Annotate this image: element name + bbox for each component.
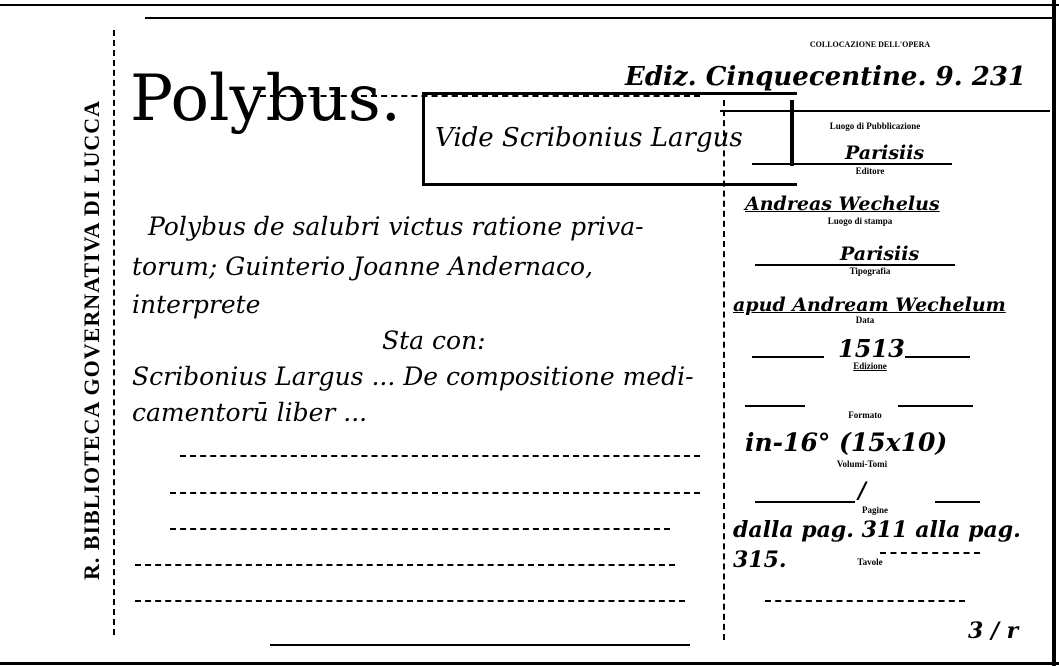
- rule-volumi-tomi-right: [935, 501, 980, 503]
- title-line-3: interprete: [132, 290, 260, 319]
- rule-edizione-right: [898, 405, 973, 407]
- shelfmark: Ediz. Cinquecentine. 9. 231: [625, 62, 1026, 92]
- label-edizione: Edizione: [840, 361, 900, 371]
- rule-data-right: [905, 356, 970, 358]
- bound-with-label: Sta con:: [382, 326, 486, 355]
- ruled-line: [180, 455, 700, 457]
- value-tipografia: apud Andream Wechelum: [733, 294, 1006, 316]
- institution-spine: R. BIBLIOTECA GOVERNATIVA DI LUCCA: [72, 40, 112, 640]
- ruled-line: [135, 564, 675, 566]
- right-border: [1052, 0, 1056, 666]
- value-luogo-stampa: Parisiis: [840, 243, 919, 265]
- rule-volumi-tomi: [755, 501, 855, 503]
- label-tavole: Tavole: [845, 557, 895, 567]
- author-heading: Polybus.: [130, 62, 401, 136]
- label-luogo-pubblicazione: Luogo di Pubblicazione: [785, 121, 965, 131]
- top-border: [0, 4, 1059, 6]
- rule-tavole: [880, 552, 980, 554]
- label-pagine: Pagine: [845, 505, 905, 515]
- rule-data-left: [752, 356, 824, 358]
- value-luogo-pubblicazione: Parisiis: [845, 142, 924, 164]
- top-border-inner: [145, 17, 1055, 19]
- value-data: 1513: [838, 334, 905, 363]
- value-formato: in-16° (15x10): [745, 428, 947, 457]
- ruled-line: [170, 528, 670, 530]
- header-printed-label: COLLOCAZIONE DELL'OPERA: [765, 40, 975, 49]
- bottom-border: [0, 662, 1059, 665]
- label-luogo-stampa: Luogo di stampa: [795, 216, 925, 226]
- label-volumi-tomi: Volumi-Tomi: [812, 459, 912, 469]
- rule-luogo-pubblicazione: [752, 163, 952, 165]
- label-formato: Formato: [830, 410, 900, 420]
- label-editore: Editore: [820, 166, 920, 176]
- spine-divider: [113, 30, 115, 635]
- label-tipografia: Tipografia: [820, 266, 920, 276]
- cross-reference-bracket: Vide Scribonius Largus: [422, 92, 797, 186]
- bound-with-line-2: camentorū liber ...: [132, 398, 367, 427]
- ruled-line: [170, 492, 700, 494]
- title-line-2: torum; Guinterio Joanne Andernaco,: [132, 252, 593, 281]
- rule-right-bottom: [765, 600, 965, 602]
- ruled-line: [135, 600, 685, 602]
- institution-name: R. BIBLIOTECA GOVERNATIVA DI LUCCA: [79, 100, 105, 580]
- page-reference: 3 / r: [968, 618, 1018, 644]
- rule-edizione-left: [745, 405, 805, 407]
- cross-reference-bracket-right: [790, 100, 794, 166]
- title-line-1: Polybus de salubri victus ratione priva-: [148, 212, 644, 241]
- bound-with-line-1: Scribonius Largus ... De compositione me…: [132, 362, 694, 391]
- cross-reference: Vide Scribonius Largus: [435, 123, 743, 153]
- value-volumi-tomi: /: [858, 478, 866, 504]
- label-data: Data: [835, 315, 895, 325]
- value-editore: Andreas Wechelus: [745, 193, 940, 215]
- ruled-line-bottom: [270, 644, 690, 646]
